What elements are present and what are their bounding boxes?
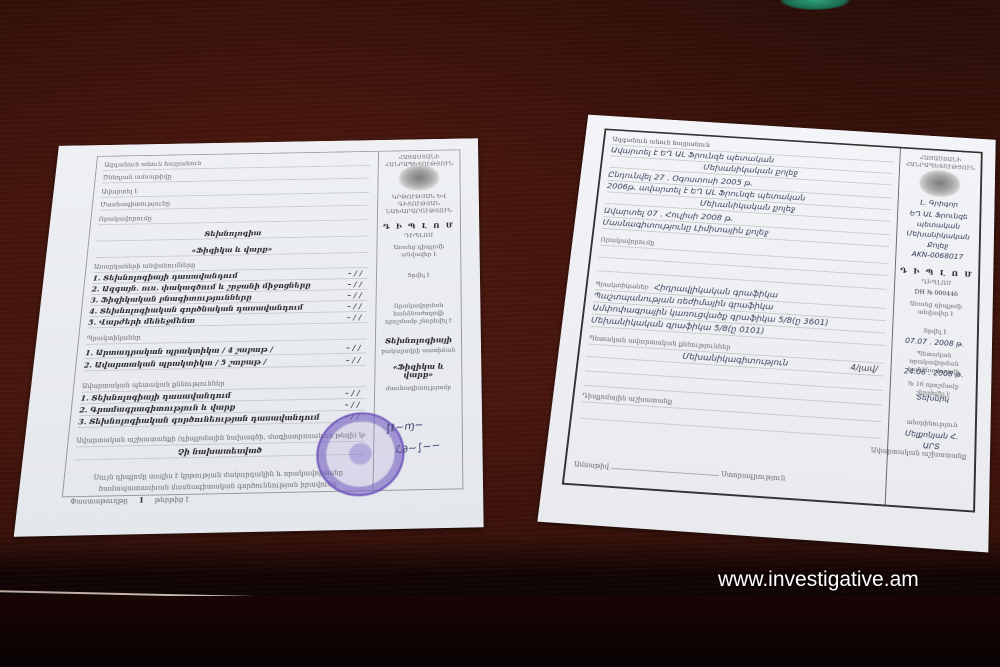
specialty-row: Մասնագիտությունը (100, 196, 370, 211)
diploma-subtitle: ԴԻՊԼՈՄ (381, 232, 456, 241)
coat-of-arms-icon (399, 165, 439, 191)
left-diploma: Ազգանուն անուն հայրանուն Ծննդյան ամսաթիվ… (14, 138, 484, 537)
graduated-row: Ավարտել է (101, 183, 370, 197)
right-diploma: Ազգանուն անուն հայրանուն Ավարտել է ԵՂ ԱԼ… (537, 115, 995, 553)
practice-heading: Պրակտիկաներ (86, 329, 367, 345)
right-diploma-side-column: ՀԱՅԱՍՏԱՆԻ ՀԱՆՐԱՊԵՏՈՒԹՅՈՒՆ Լ. Գրիգոր ԵՂ Ա… (885, 148, 981, 510)
specialty-value: «Ֆիզիկա և վարք» (95, 243, 368, 258)
specialty-title: «Ֆիզիկա և վարք» (379, 362, 457, 379)
qualification-value: Տեխնոլոգիա (96, 227, 368, 242)
birth-row: Ծննդյան ամսաթիվը (102, 169, 369, 183)
specialty-sub: մասնագիտությամբ (379, 384, 458, 394)
diploma-number: DH № 000446 (898, 287, 974, 300)
decision-label: Որակավորման հանձնաժողովի որոշմամբ շնորհվ… (380, 302, 457, 327)
name-row: Ազգանուն անուն հայրանուն (104, 157, 370, 171)
qualification-row: Որակավորումը (98, 210, 369, 225)
ministry-text: ԿՐԹՈՒԹՅԱՆ ԵՎ ԳԻՏՈՒԹՅԱՆ ՆԱԽԱՐԱՐՈՒԹՅՈՒՆ (382, 193, 457, 216)
valid-label: Առանց դիպլոմի անվավեր է (381, 243, 457, 259)
side-handwriting: AKN-0068017 (900, 249, 975, 261)
series-label: Տրվել է (381, 271, 457, 280)
right-diploma-frame: Ազգանուն անուն հայրանուն Ավարտել է ԵՂ ԱԼ… (562, 128, 983, 512)
desk-front (0, 596, 1000, 667)
diploma-title: Դ Ի Պ Լ Ո Մ (381, 222, 456, 231)
coat-of-arms-icon (919, 169, 960, 198)
side-handwriting: Լ. Գրիգոր (902, 198, 976, 210)
qualification-sub: բակալավրի աստիճան (379, 346, 457, 355)
qualification-title: Տեխնոլոգիայի (380, 336, 458, 345)
issued-date: 07.07 . 2008 թ. (896, 336, 973, 349)
valid-label: Առանց դիպլոմի անվավեր է (898, 299, 974, 320)
watermark: www.investigative.am (718, 568, 919, 592)
director-initials: ԱՐՏ (892, 440, 971, 454)
